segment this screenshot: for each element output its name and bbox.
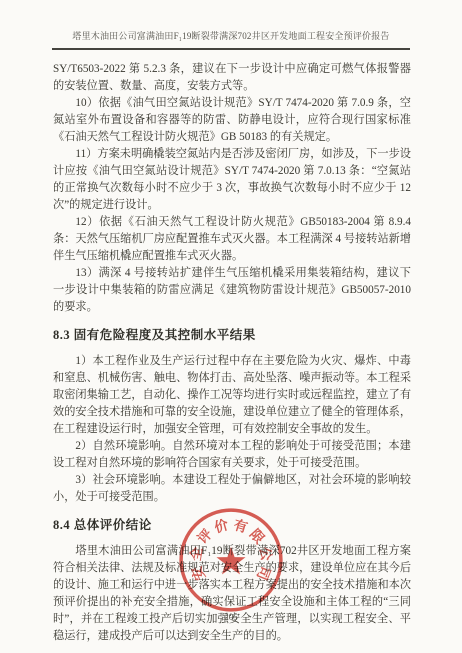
- paragraph-hazard-3: 3）社会环境影响。本建设工程处于偏僻地区，对社会环境的影响较小，处于可接受范围。: [53, 472, 411, 506]
- page-header: 塔里木油田公司富满油田F₁19断裂带满深702井区开发地面工程安全预评价报告: [52, 29, 410, 50]
- paragraph-item13: 13）满深 4 号接转站扩建伴生气压缩机橇采用集装箱结构，建议下一步设计中集装箱…: [53, 265, 411, 316]
- paragraph-hazard-1: 1）本工程作业及生产运行过程中存在主要危险为火灾、爆炸、中毒和窒息、机械伤害、触…: [53, 353, 411, 438]
- document-body: SY/T6503-2022 第 5.2.3 条，建议在下一步设计中应确定可燃气体…: [53, 61, 411, 645]
- paragraph-item9-continuation: SY/T6503-2022 第 5.2.3 条，建议在下一步设计中应确定可燃气体…: [53, 61, 411, 95]
- section-heading-8-3: 8.3 固有危险程度及其控制水平结果: [53, 327, 411, 344]
- section-heading-8-4: 8.4 总体评价结论: [53, 517, 411, 534]
- paragraph-item11: 11）方案未明确橇装空氮站内是否涉及密闭厂房，如涉及，下一步设计应按《油气田空氮…: [53, 146, 411, 214]
- running-header-title: 塔里木油田公司富满油田F₁19断裂带满深702井区开发地面工程安全预评价报告: [52, 29, 410, 42]
- page-number: 205: [0, 612, 462, 622]
- paragraph-item10: 10）依据《油气田空氮站设计规范》SY/T 7474-2020 第 7.0.9 …: [53, 95, 411, 146]
- header-divider: [52, 48, 410, 50]
- paragraph-hazard-2: 2）自然环境影响。自然环境对本工程的影响处于可接受范围；本建设工程对自然环境的影…: [53, 438, 411, 472]
- paragraph-item12: 12）依据《石油天然气工程设计防火规范》GB50183-2004 第 8.9.4…: [53, 214, 411, 265]
- paragraph-overall-conclusion: 塔里木油田公司富满油田F₁19断裂带满深702井区开发地面工程方案符合相关法律、…: [53, 543, 411, 645]
- document-page: 塔里木油田公司富满油田F₁19断裂带满深702井区开发地面工程安全预评价报告 S…: [0, 0, 462, 653]
